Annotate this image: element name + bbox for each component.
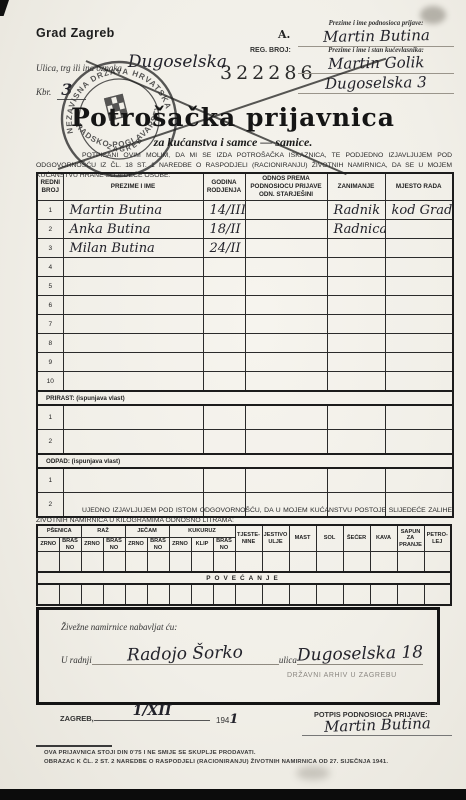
cell <box>81 584 103 605</box>
purchase-box: Živežne namirnice nabavljat ću: U radnji… <box>36 607 440 705</box>
person-born: 18/II 1916 <box>203 220 245 239</box>
person-row: 7 <box>37 315 453 334</box>
sub-header: KLIP <box>191 538 213 552</box>
row-number: 6 <box>37 296 63 315</box>
persons-header-row: REDNI BROJ PREZIME I IME GODINA RODJENJA… <box>37 173 453 201</box>
row-number: 3 <box>37 239 63 258</box>
col-header: ODNOS PREMA PODNOSIOCU PRIJAVE ODN. STAR… <box>245 173 327 201</box>
sub-header: BRAŠNO <box>213 538 235 552</box>
cell <box>203 405 245 430</box>
purchase-intro-label: Živežne namirnice nabavljat ću: <box>61 622 177 632</box>
cell <box>203 430 245 455</box>
cell <box>327 468 385 493</box>
landlord-address-handwritten: Dugoselska 3 <box>325 73 427 93</box>
sub-header: ZRNO <box>125 538 147 552</box>
povecanje-label: POVEĆANJE <box>37 572 451 584</box>
cell <box>191 552 213 573</box>
person-born <box>203 334 245 353</box>
person-occupation <box>327 353 385 372</box>
person-name <box>63 353 203 372</box>
col-header: GODINA RODJENJA <box>203 173 245 201</box>
row-number: 5 <box>37 277 63 296</box>
person-row: 4 <box>37 258 453 277</box>
date-handwritten: 1/XII <box>133 703 172 719</box>
person-occupation <box>327 277 385 296</box>
row-number: 10 <box>37 372 63 392</box>
fine-print-line1: OVA PRIJAVNICA STOJI DIN 0'75 I NE SMIJE… <box>44 750 256 756</box>
fine-print-rule <box>36 745 112 747</box>
person-row: 1 Martin Butina 14/III 1905 Radnik kod G… <box>37 201 453 220</box>
supplies-value-row <box>37 584 451 605</box>
person-occupation: Radnica <box>327 220 385 239</box>
cell <box>169 584 191 605</box>
cell <box>213 584 235 605</box>
col-header: TJESTE-NINE <box>235 525 262 552</box>
cell <box>37 552 59 573</box>
cell <box>245 405 327 430</box>
person-workplace <box>385 372 453 392</box>
cell <box>147 552 169 573</box>
person-born: 24/II 1941 <box>203 239 245 258</box>
person-relation <box>245 277 327 296</box>
sub-header: BRAŠNO <box>103 538 125 552</box>
cell <box>37 584 59 605</box>
form-subtitle: za kućanstva i samce — samice. <box>0 135 466 150</box>
signature-line: Martin Butina <box>302 716 452 736</box>
cell <box>125 584 147 605</box>
person-relation <box>245 334 327 353</box>
person-row: 6 <box>37 296 453 315</box>
person-name <box>63 334 203 353</box>
cell <box>81 552 103 573</box>
reg-number-label: REG. BROJ: <box>250 47 291 54</box>
document-page: Grad Zagreb A. REG. BROJ: 322286 Ulica, … <box>0 0 466 800</box>
group-header: RAŽ <box>81 525 125 538</box>
sub-header: ZRNO <box>37 538 59 552</box>
scan-corner-artifact <box>0 0 9 16</box>
sub-header: ZRNO <box>81 538 103 552</box>
povecanje-band: POVEĆANJE <box>37 572 451 584</box>
landlord-name-line: Martin Golik <box>298 54 454 74</box>
cell <box>203 468 245 493</box>
person-workplace: kod Grada <box>385 201 453 220</box>
cell <box>235 552 262 573</box>
sub-header: BRAŠNO <box>59 538 81 552</box>
footer-date-line: 1/XII <box>94 702 210 721</box>
purchase-street-label: ulica <box>279 655 297 665</box>
cell <box>343 584 370 605</box>
col-header: SOL <box>316 525 343 552</box>
group-header: KUKURUZ <box>169 525 235 538</box>
person-occupation: Radnik <box>327 201 385 220</box>
person-relation <box>245 201 327 220</box>
person-workplace <box>385 239 453 258</box>
person-born <box>203 277 245 296</box>
person-row: 2 Anka Butina 18/II 1916 Radnica <box>37 220 453 239</box>
prirast-row: 2 <box>37 430 453 455</box>
person-relation <box>245 315 327 334</box>
person-relation <box>245 372 327 392</box>
person-name: Martin Butina <box>63 201 203 220</box>
purchase-street-line: Dugoselska 18 <box>297 644 423 665</box>
row-number: 1 <box>37 201 63 220</box>
cell <box>125 552 147 573</box>
group-header: PŠENICA <box>37 525 81 538</box>
section-letter: A. <box>278 28 290 41</box>
cell <box>147 584 169 605</box>
cell <box>424 552 451 573</box>
landlord-label: Prezime i ime i stan kućevlasnika: <box>298 47 454 54</box>
cell <box>262 552 289 573</box>
supplies-table: PŠENICA RAŽ JEČAM KUKURUZ TJESTE-NINE JE… <box>36 524 452 606</box>
supplies-group-header-row: PŠENICA RAŽ JEČAM KUKURUZ TJESTE-NINE JE… <box>37 525 451 538</box>
person-born: 14/III 1905 <box>203 201 245 220</box>
person-name: Anka Butina <box>63 220 203 239</box>
person-name: Milan Butina <box>63 239 203 258</box>
supplies-paragraph: UJEDNO IZJAVLJUJEM POD ISTOM ODGOVORNOŠĆ… <box>36 506 452 525</box>
cell <box>316 552 343 573</box>
cell <box>63 430 203 455</box>
cell <box>397 552 424 573</box>
person-occupation <box>327 239 385 258</box>
cell <box>245 468 327 493</box>
year-printed: 194 <box>216 716 229 725</box>
group-header: JEČAM <box>125 525 169 538</box>
fine-print-line2: OBRAZAC K ČL. 2 ST. 2 NAREDBE O RASPODJE… <box>44 759 388 765</box>
cell <box>213 552 235 573</box>
shop-name-line: Radojo Šorko <box>92 644 279 665</box>
person-workplace <box>385 315 453 334</box>
cell <box>316 584 343 605</box>
col-header: SAPUN ZA PRANJE <box>397 525 424 552</box>
purchase-row: U radnji Radojo Šorko ulica Dugoselska 1… <box>61 644 423 665</box>
cell <box>397 584 424 605</box>
archive-stamp-text: DRŽAVNI ARHIV U ZAGREBU <box>287 672 397 679</box>
cell <box>169 552 191 573</box>
col-header: MJESTO RADA <box>385 173 453 201</box>
cell <box>343 552 370 573</box>
col-header: PREZIME I IME <box>63 173 203 201</box>
supplies-value-row <box>37 552 451 573</box>
person-born <box>203 315 245 334</box>
person-name <box>63 372 203 392</box>
cell <box>385 468 453 493</box>
person-name <box>63 296 203 315</box>
purchase-street-handwritten: Dugoselska 18 <box>297 642 424 665</box>
cell <box>245 430 327 455</box>
landlord-address-line: Dugoselska 3 <box>298 74 454 94</box>
person-workplace <box>385 353 453 372</box>
person-occupation <box>327 372 385 392</box>
person-row: 9 <box>37 353 453 372</box>
cell <box>103 552 125 573</box>
col-header: JESTIVO ULJE <box>262 525 289 552</box>
form-title: Potrošačka prijavnica <box>0 103 466 132</box>
col-header: MAST <box>289 525 316 552</box>
person-row: 10 <box>37 372 453 392</box>
person-workplace <box>385 220 453 239</box>
odpad-label: ODPAD: (ispunjava vlast) <box>37 454 453 468</box>
prirast-row: 1 <box>37 405 453 430</box>
person-relation <box>245 220 327 239</box>
person-born <box>203 353 245 372</box>
row-number: 2 <box>37 220 63 239</box>
cell <box>424 584 451 605</box>
applicant-block: Prezime i ime podnosioca prijave: Martin… <box>298 20 454 94</box>
applicant-name-handwritten: Martin Butina <box>322 26 429 46</box>
person-occupation <box>327 315 385 334</box>
scan-speckle <box>420 6 446 24</box>
signature-handwritten: Martin Butina <box>323 714 430 736</box>
cell <box>289 584 316 605</box>
person-workplace <box>385 296 453 315</box>
cell <box>370 584 397 605</box>
person-row: 5 <box>37 277 453 296</box>
footer-year: 1941 <box>216 712 238 727</box>
person-occupation <box>327 258 385 277</box>
person-relation <box>245 258 327 277</box>
person-occupation <box>327 296 385 315</box>
person-relation <box>245 239 327 258</box>
person-workplace <box>385 334 453 353</box>
cell <box>103 584 125 605</box>
cell <box>262 584 289 605</box>
col-header: REDNI BROJ <box>37 173 63 201</box>
person-relation <box>245 296 327 315</box>
scan-speckle <box>296 766 330 780</box>
cell <box>191 584 213 605</box>
prirast-label: PRIRAST: (ispunjava vlast) <box>37 391 453 405</box>
footer-city-label: ZAGREB, <box>60 714 94 723</box>
person-relation <box>245 353 327 372</box>
col-header: PETRO-LEJ <box>424 525 451 552</box>
col-header: ZANIMANJE <box>327 173 385 201</box>
cell <box>327 405 385 430</box>
cell <box>385 405 453 430</box>
person-row: 8 <box>37 334 453 353</box>
shop-name-handwritten: Radojo Šorko <box>127 642 243 665</box>
cell <box>235 584 262 605</box>
person-born <box>203 258 245 277</box>
cell <box>289 552 316 573</box>
person-name <box>63 315 203 334</box>
scan-edge-artifact <box>0 789 466 800</box>
cell <box>327 430 385 455</box>
cell <box>385 430 453 455</box>
cell <box>370 552 397 573</box>
shop-label: U radnji <box>61 655 92 665</box>
col-header: KAVA <box>370 525 397 552</box>
person-name <box>63 258 203 277</box>
person-born <box>203 296 245 315</box>
person-workplace <box>385 277 453 296</box>
row-number: 9 <box>37 353 63 372</box>
row-number: 7 <box>37 315 63 334</box>
row-number: 2 <box>37 430 63 455</box>
person-born <box>203 372 245 392</box>
row-number: 8 <box>37 334 63 353</box>
sub-header: ZRNO <box>169 538 191 552</box>
sub-header: BRAŠNO <box>147 538 169 552</box>
cell <box>59 584 81 605</box>
row-number: 1 <box>37 468 63 493</box>
person-workplace <box>385 258 453 277</box>
persons-table: REDNI BROJ PREZIME I IME GODINA RODJENJA… <box>36 172 452 518</box>
person-row: 3 Milan Butina 24/II 1941 <box>37 239 453 258</box>
odpad-row: 1 <box>37 468 453 493</box>
prirast-band: PRIRAST: (ispunjava vlast) <box>37 391 453 405</box>
person-name <box>63 277 203 296</box>
row-number: 4 <box>37 258 63 277</box>
cell <box>59 552 81 573</box>
year-handwritten: 1 <box>229 712 238 727</box>
col-header: ŠEĆER <box>343 525 370 552</box>
city-heading: Grad Zagreb <box>36 26 115 40</box>
applicant-name-line: Martin Butina <box>298 27 454 47</box>
row-number: 1 <box>37 405 63 430</box>
person-occupation <box>327 334 385 353</box>
cell <box>63 405 203 430</box>
cell <box>63 468 203 493</box>
odpad-band: ODPAD: (ispunjava vlast) <box>37 454 453 468</box>
